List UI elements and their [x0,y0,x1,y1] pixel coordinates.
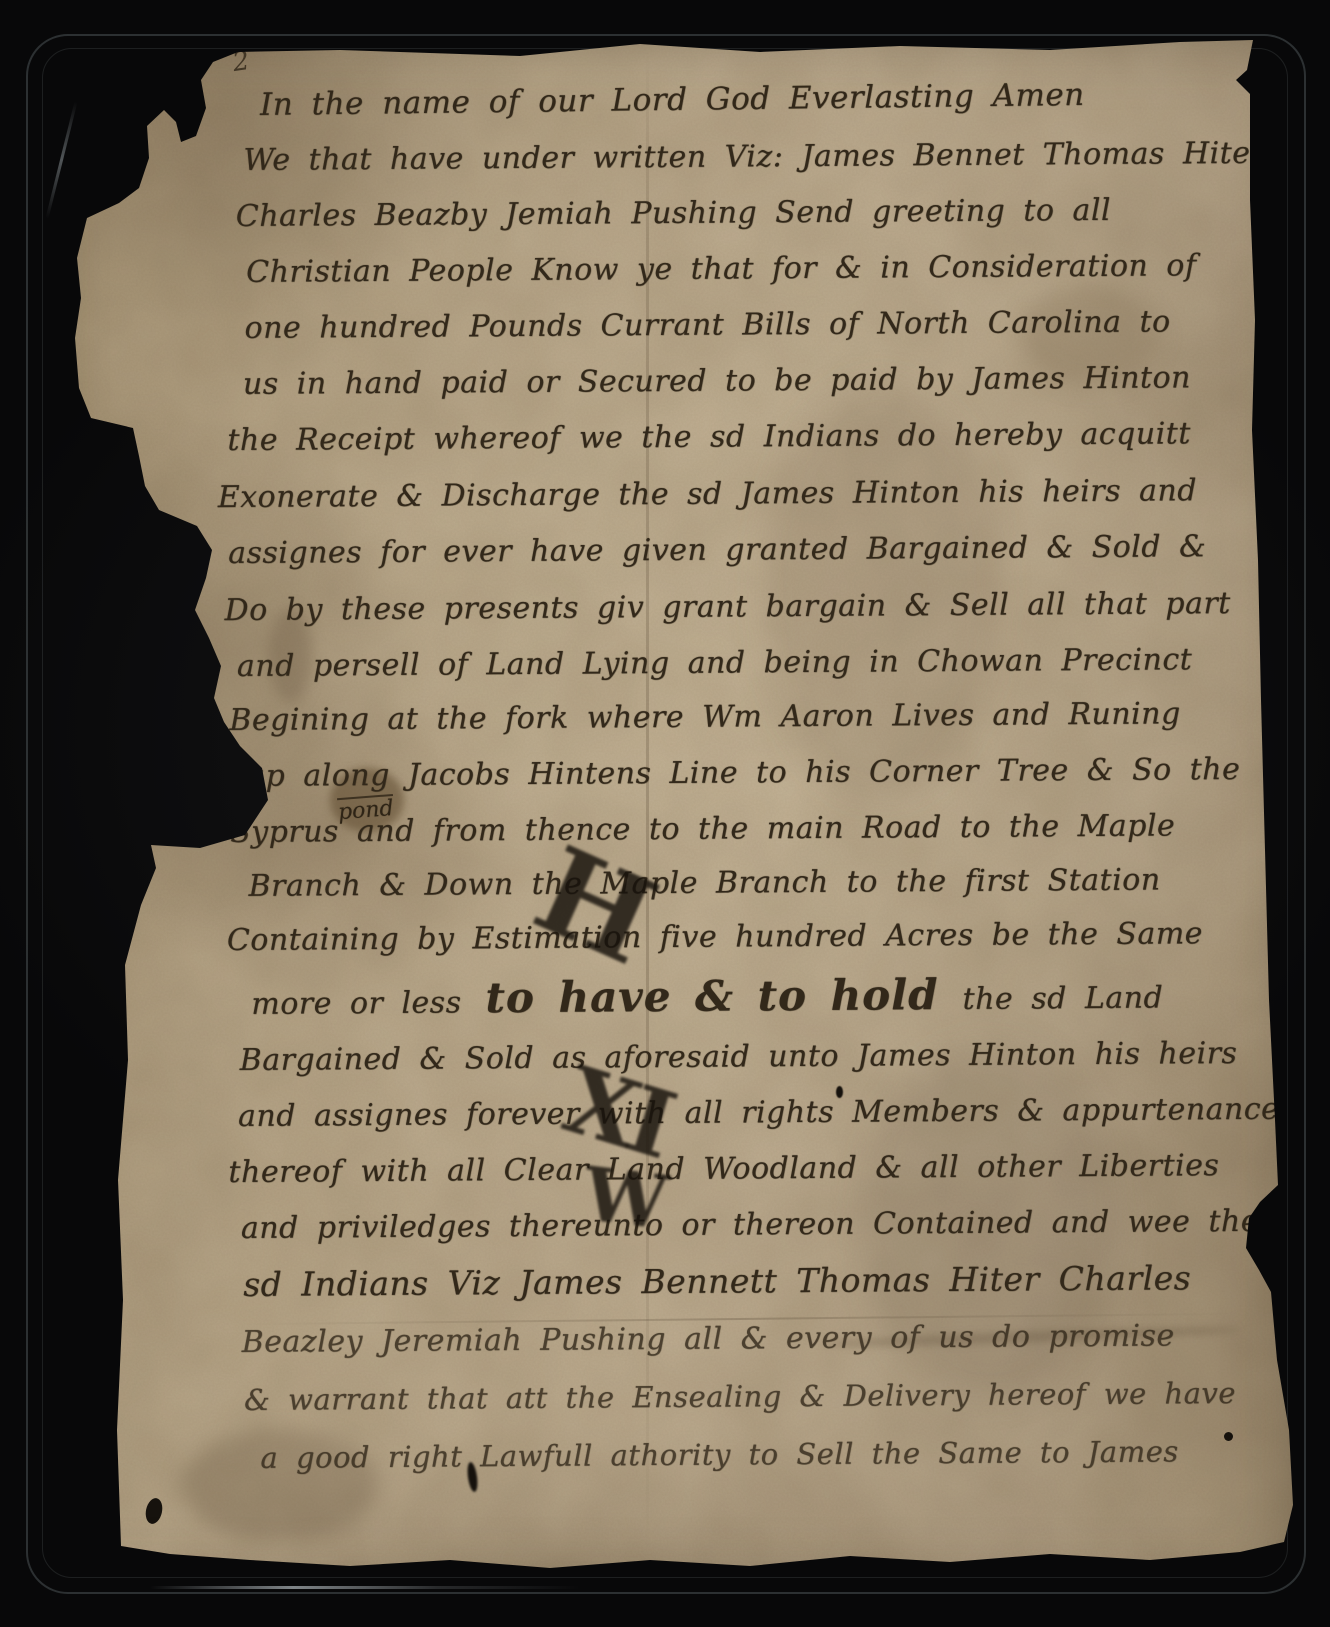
sleeve-reflection [150,1586,580,1589]
scanned-document: 2 In the name of our Lord God Everlastin… [0,0,1330,1627]
